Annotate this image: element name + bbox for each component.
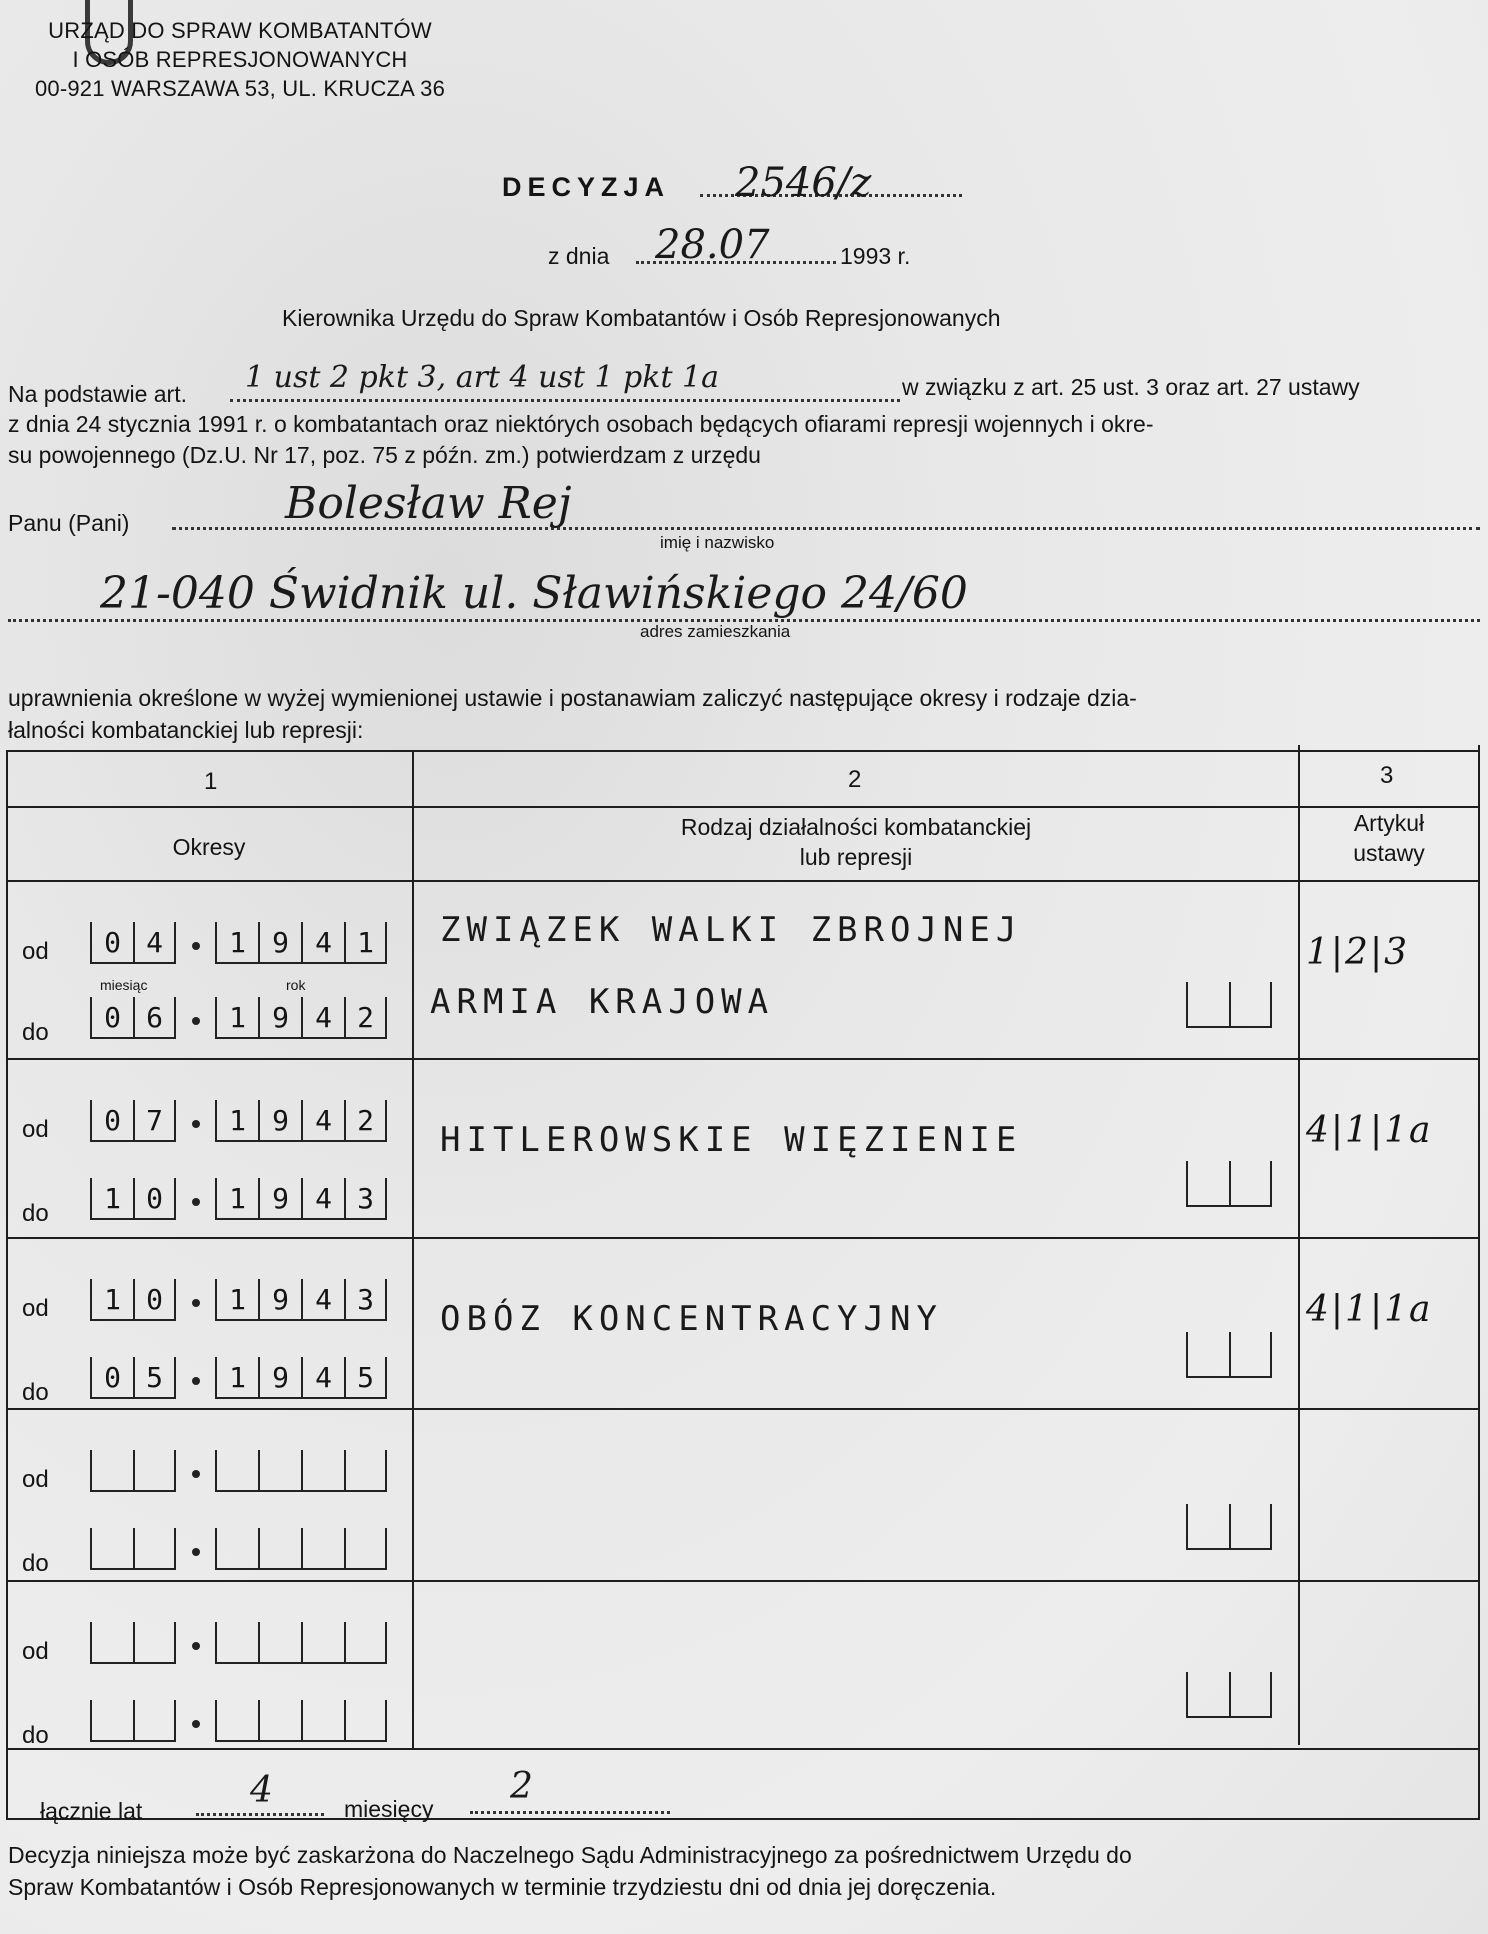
to-year-boxes-digit[interactable]: 9 xyxy=(258,997,301,1039)
header-activity-line2: lub represji xyxy=(414,842,1298,872)
to-month-boxes-digit[interactable]: 6 xyxy=(133,997,176,1039)
from-label: od xyxy=(22,1295,49,1323)
article-value: 1|2|3 xyxy=(1306,932,1409,973)
activity-line2: ARMIA KRAJOWA xyxy=(430,982,774,1022)
to-year-boxes-digit[interactable]: 9 xyxy=(258,1178,301,1220)
from-month-boxes[interactable] xyxy=(90,1450,176,1492)
to-year-boxes-digit[interactable]: 1 xyxy=(215,1357,258,1399)
decision-number: 2546/z xyxy=(735,160,871,206)
to-year-boxes-digit[interactable] xyxy=(344,1700,387,1742)
from-year-boxes[interactable] xyxy=(215,1450,387,1492)
to-month-boxes[interactable] xyxy=(90,1528,176,1570)
issuer: Kierownika Urzędu do Spraw Kombatantów i… xyxy=(282,303,1000,333)
from-month-boxes-digit[interactable] xyxy=(90,1622,133,1664)
entitlement-line2: łalności kombatanckiej lub represji: xyxy=(8,715,363,745)
office-header: URZĄD DO SPRAW KOMBATANTÓW I OSÓB REPRES… xyxy=(0,16,480,103)
from-year-boxes-digit[interactable] xyxy=(301,1450,344,1492)
to-year-boxes-digit[interactable]: 3 xyxy=(344,1178,387,1220)
checkbox-pair[interactable] xyxy=(1186,982,1272,1028)
from-year-boxes-digit[interactable]: 3 xyxy=(344,1279,387,1321)
from-month-boxes-digit[interactable]: 0 xyxy=(133,1279,176,1321)
from-month-boxes-digit[interactable]: 1 xyxy=(90,1279,133,1321)
from-month-boxes[interactable]: 10 xyxy=(90,1279,176,1321)
office-name-line1: URZĄD DO SPRAW KOMBATANTÓW xyxy=(0,16,480,45)
separator-dot-icon xyxy=(192,1017,200,1025)
header-activity: Rodzaj działalności kombatanckiej lub re… xyxy=(414,812,1298,872)
person-label: Panu (Pani) xyxy=(8,508,129,538)
checkbox-pair[interactable] xyxy=(1186,1332,1272,1378)
header-periods: Okresy xyxy=(6,832,412,862)
activity-line1: OBÓZ KONCENTRACYJNY xyxy=(440,1299,943,1339)
to-label: do xyxy=(22,1550,49,1578)
separator-dot-icon xyxy=(192,1642,200,1650)
checkbox-pair[interactable] xyxy=(1186,1161,1272,1207)
to-year-boxes[interactable]: 1945 xyxy=(215,1357,387,1399)
from-year-boxes-digit[interactable]: 4 xyxy=(301,1100,344,1142)
entitlement-line1: uprawnienia określone w wyżej wymienione… xyxy=(8,683,1137,713)
to-year-boxes-digit[interactable] xyxy=(258,1528,301,1570)
from-month-boxes[interactable]: 07 xyxy=(90,1100,176,1142)
total-years-value: 4 xyxy=(250,1770,273,1811)
from-year-boxes-digit[interactable] xyxy=(258,1622,301,1664)
to-year-boxes-digit[interactable] xyxy=(258,1700,301,1742)
to-year-boxes[interactable]: 1942 xyxy=(215,997,387,1039)
to-month-boxes-digit[interactable]: 0 xyxy=(90,1357,133,1399)
from-year-boxes-digit[interactable]: 1 xyxy=(215,1279,258,1321)
person-name-caption: imię i nazwisko xyxy=(660,533,774,553)
to-month-boxes-digit[interactable]: 5 xyxy=(133,1357,176,1399)
from-year-boxes[interactable] xyxy=(215,1622,387,1664)
office-address: 00-921 WARSZAWA 53, UL. KRUCZA 36 xyxy=(0,74,480,103)
basis-prefix: Na podstawie art. xyxy=(8,379,187,409)
from-month-boxes-digit[interactable]: 4 xyxy=(133,922,176,964)
from-year-boxes-digit[interactable] xyxy=(301,1622,344,1664)
header-article-line2: ustawy xyxy=(1300,838,1478,868)
total-months-label: miesięcy xyxy=(344,1794,433,1824)
from-month-boxes-digit[interactable]: 7 xyxy=(133,1100,176,1142)
from-year-boxes-digit[interactable]: 4 xyxy=(301,1279,344,1321)
to-label: do xyxy=(22,1200,49,1228)
activity-line1: HITLEROWSKIE WIĘZIENIE xyxy=(440,1120,1022,1160)
article-value: 4|1|1a xyxy=(1306,1110,1432,1151)
to-month-boxes[interactable]: 05 xyxy=(90,1357,176,1399)
to-label: do xyxy=(22,1019,49,1047)
to-year-boxes-digit[interactable]: 9 xyxy=(258,1357,301,1399)
from-year-boxes-digit[interactable] xyxy=(344,1450,387,1492)
header-activity-line1: Rodzaj działalności kombatanckiej xyxy=(414,812,1298,842)
from-month-boxes[interactable]: 04 xyxy=(90,922,176,964)
person-name: Bolesław Rej xyxy=(285,478,571,529)
basis-line3: su powojennego (Dz.U. Nr 17, poz. 75 z p… xyxy=(8,440,761,470)
separator-dot-icon xyxy=(192,1548,200,1556)
from-label: od xyxy=(22,1466,49,1494)
to-year-boxes-digit[interactable] xyxy=(301,1528,344,1570)
from-month-boxes-digit[interactable]: 0 xyxy=(90,1100,133,1142)
to-year-boxes[interactable] xyxy=(215,1528,387,1570)
column-number-3: 3 xyxy=(1380,762,1393,790)
from-month-boxes-digit[interactable] xyxy=(133,1622,176,1664)
to-month-boxes-digit[interactable]: 0 xyxy=(90,997,133,1039)
total-months-value: 2 xyxy=(510,1766,533,1807)
basis-article-value: 1 ust 2 pkt 3, art 4 ust 1 pkt 1a xyxy=(245,360,719,395)
to-month-boxes[interactable] xyxy=(90,1700,176,1742)
to-year-boxes-digit[interactable]: 1 xyxy=(215,1178,258,1220)
date-prefix: z dnia xyxy=(548,241,609,271)
separator-dot-icon xyxy=(192,1720,200,1728)
to-month-boxes-digit[interactable] xyxy=(90,1700,133,1742)
year-caption: rok xyxy=(286,977,305,993)
to-year-boxes-digit[interactable] xyxy=(301,1700,344,1742)
basis-line2: z dnia 24 stycznia 1991 r. o kombatantac… xyxy=(8,409,1154,439)
date-value: 28.07 xyxy=(655,222,770,268)
from-year-boxes-digit[interactable]: 9 xyxy=(258,1279,301,1321)
to-year-boxes-digit[interactable]: 1 xyxy=(215,997,258,1039)
column-number-2: 2 xyxy=(848,766,861,794)
from-year-boxes-digit[interactable]: 9 xyxy=(258,922,301,964)
header-article: Artykuł ustawy xyxy=(1300,808,1478,868)
column-number-1: 1 xyxy=(204,768,217,796)
date-year: 1993 r. xyxy=(840,241,910,271)
to-label: do xyxy=(22,1722,49,1750)
office-name-line2: I OSÓB REPRESJONOWANYCH xyxy=(0,45,480,74)
to-month-boxes-digit[interactable]: 0 xyxy=(133,1178,176,1220)
from-year-boxes-digit[interactable]: 2 xyxy=(344,1100,387,1142)
address-value: 21-040 Świdnik ul. Sławińskiego 24/60 xyxy=(100,568,968,619)
from-year-boxes-digit[interactable]: 1 xyxy=(215,1100,258,1142)
total-years-label: łącznie lat xyxy=(40,1796,142,1826)
to-year-boxes-digit[interactable] xyxy=(215,1528,258,1570)
from-month-boxes-digit[interactable]: 0 xyxy=(90,922,133,964)
to-year-boxes-digit[interactable] xyxy=(344,1528,387,1570)
to-year-boxes-digit[interactable] xyxy=(215,1700,258,1742)
checkbox-pair[interactable] xyxy=(1186,1672,1272,1718)
from-month-boxes-digit[interactable] xyxy=(133,1450,176,1492)
to-year-boxes-digit[interactable]: 2 xyxy=(344,997,387,1039)
separator-dot-icon xyxy=(192,942,200,950)
appeal-notice-line2: Spraw Kombatantów i Osób Represjonowanyc… xyxy=(8,1872,996,1903)
to-month-boxes-digit[interactable] xyxy=(133,1700,176,1742)
separator-dot-icon xyxy=(192,1299,200,1307)
to-month-boxes-digit[interactable] xyxy=(90,1528,133,1570)
basis-line1-suffix: w związku z art. 25 ust. 3 oraz art. 27 … xyxy=(902,372,1360,402)
checkbox-pair[interactable] xyxy=(1186,1504,1272,1550)
separator-dot-icon xyxy=(192,1198,200,1206)
to-year-boxes-digit[interactable]: 4 xyxy=(301,1357,344,1399)
from-year-boxes-digit[interactable] xyxy=(258,1450,301,1492)
from-year-boxes[interactable]: 1943 xyxy=(215,1279,387,1321)
from-label: od xyxy=(22,1638,49,1666)
from-year-boxes-digit[interactable]: 1 xyxy=(344,922,387,964)
from-year-boxes[interactable]: 1942 xyxy=(215,1100,387,1142)
from-year-boxes[interactable]: 1941 xyxy=(215,922,387,964)
to-year-boxes-digit[interactable]: 4 xyxy=(301,997,344,1039)
to-year-boxes-digit[interactable]: 5 xyxy=(344,1357,387,1399)
from-year-boxes-digit[interactable] xyxy=(215,1622,258,1664)
from-year-boxes-digit[interactable] xyxy=(344,1622,387,1664)
header-article-line1: Artykuł xyxy=(1300,808,1478,838)
from-label: od xyxy=(22,938,49,966)
from-month-boxes-digit[interactable] xyxy=(90,1450,133,1492)
to-year-boxes-digit[interactable]: 4 xyxy=(301,1178,344,1220)
article-value: 4|1|1a xyxy=(1306,1289,1432,1330)
to-year-boxes[interactable]: 1943 xyxy=(215,1178,387,1220)
from-month-boxes[interactable] xyxy=(90,1622,176,1664)
from-year-boxes-digit[interactable]: 9 xyxy=(258,1100,301,1142)
to-year-boxes[interactable] xyxy=(215,1700,387,1742)
total-months-field xyxy=(470,1796,670,1814)
from-year-boxes-digit[interactable]: 1 xyxy=(215,922,258,964)
to-month-boxes-digit[interactable]: 1 xyxy=(90,1178,133,1220)
appeal-notice-line1: Decyzja niniejsza może być zaskarżona do… xyxy=(8,1840,1132,1871)
from-year-boxes-digit[interactable] xyxy=(215,1450,258,1492)
activity-line1: ZWIĄZEK WALKI ZBROJNEJ xyxy=(440,910,1022,950)
address-caption: adres zamieszkania xyxy=(640,622,790,642)
to-month-boxes-digit[interactable] xyxy=(133,1528,176,1570)
separator-dot-icon xyxy=(192,1120,200,1128)
separator-dot-icon xyxy=(192,1377,200,1385)
decision-title: DECYZJA xyxy=(502,172,670,203)
to-month-boxes[interactable]: 06 xyxy=(90,997,176,1039)
to-label: do xyxy=(22,1379,49,1407)
from-year-boxes-digit[interactable]: 4 xyxy=(301,922,344,964)
separator-dot-icon xyxy=(192,1470,200,1478)
month-caption: miesiąc xyxy=(100,977,147,993)
from-label: od xyxy=(22,1116,49,1144)
to-month-boxes[interactable]: 10 xyxy=(90,1178,176,1220)
